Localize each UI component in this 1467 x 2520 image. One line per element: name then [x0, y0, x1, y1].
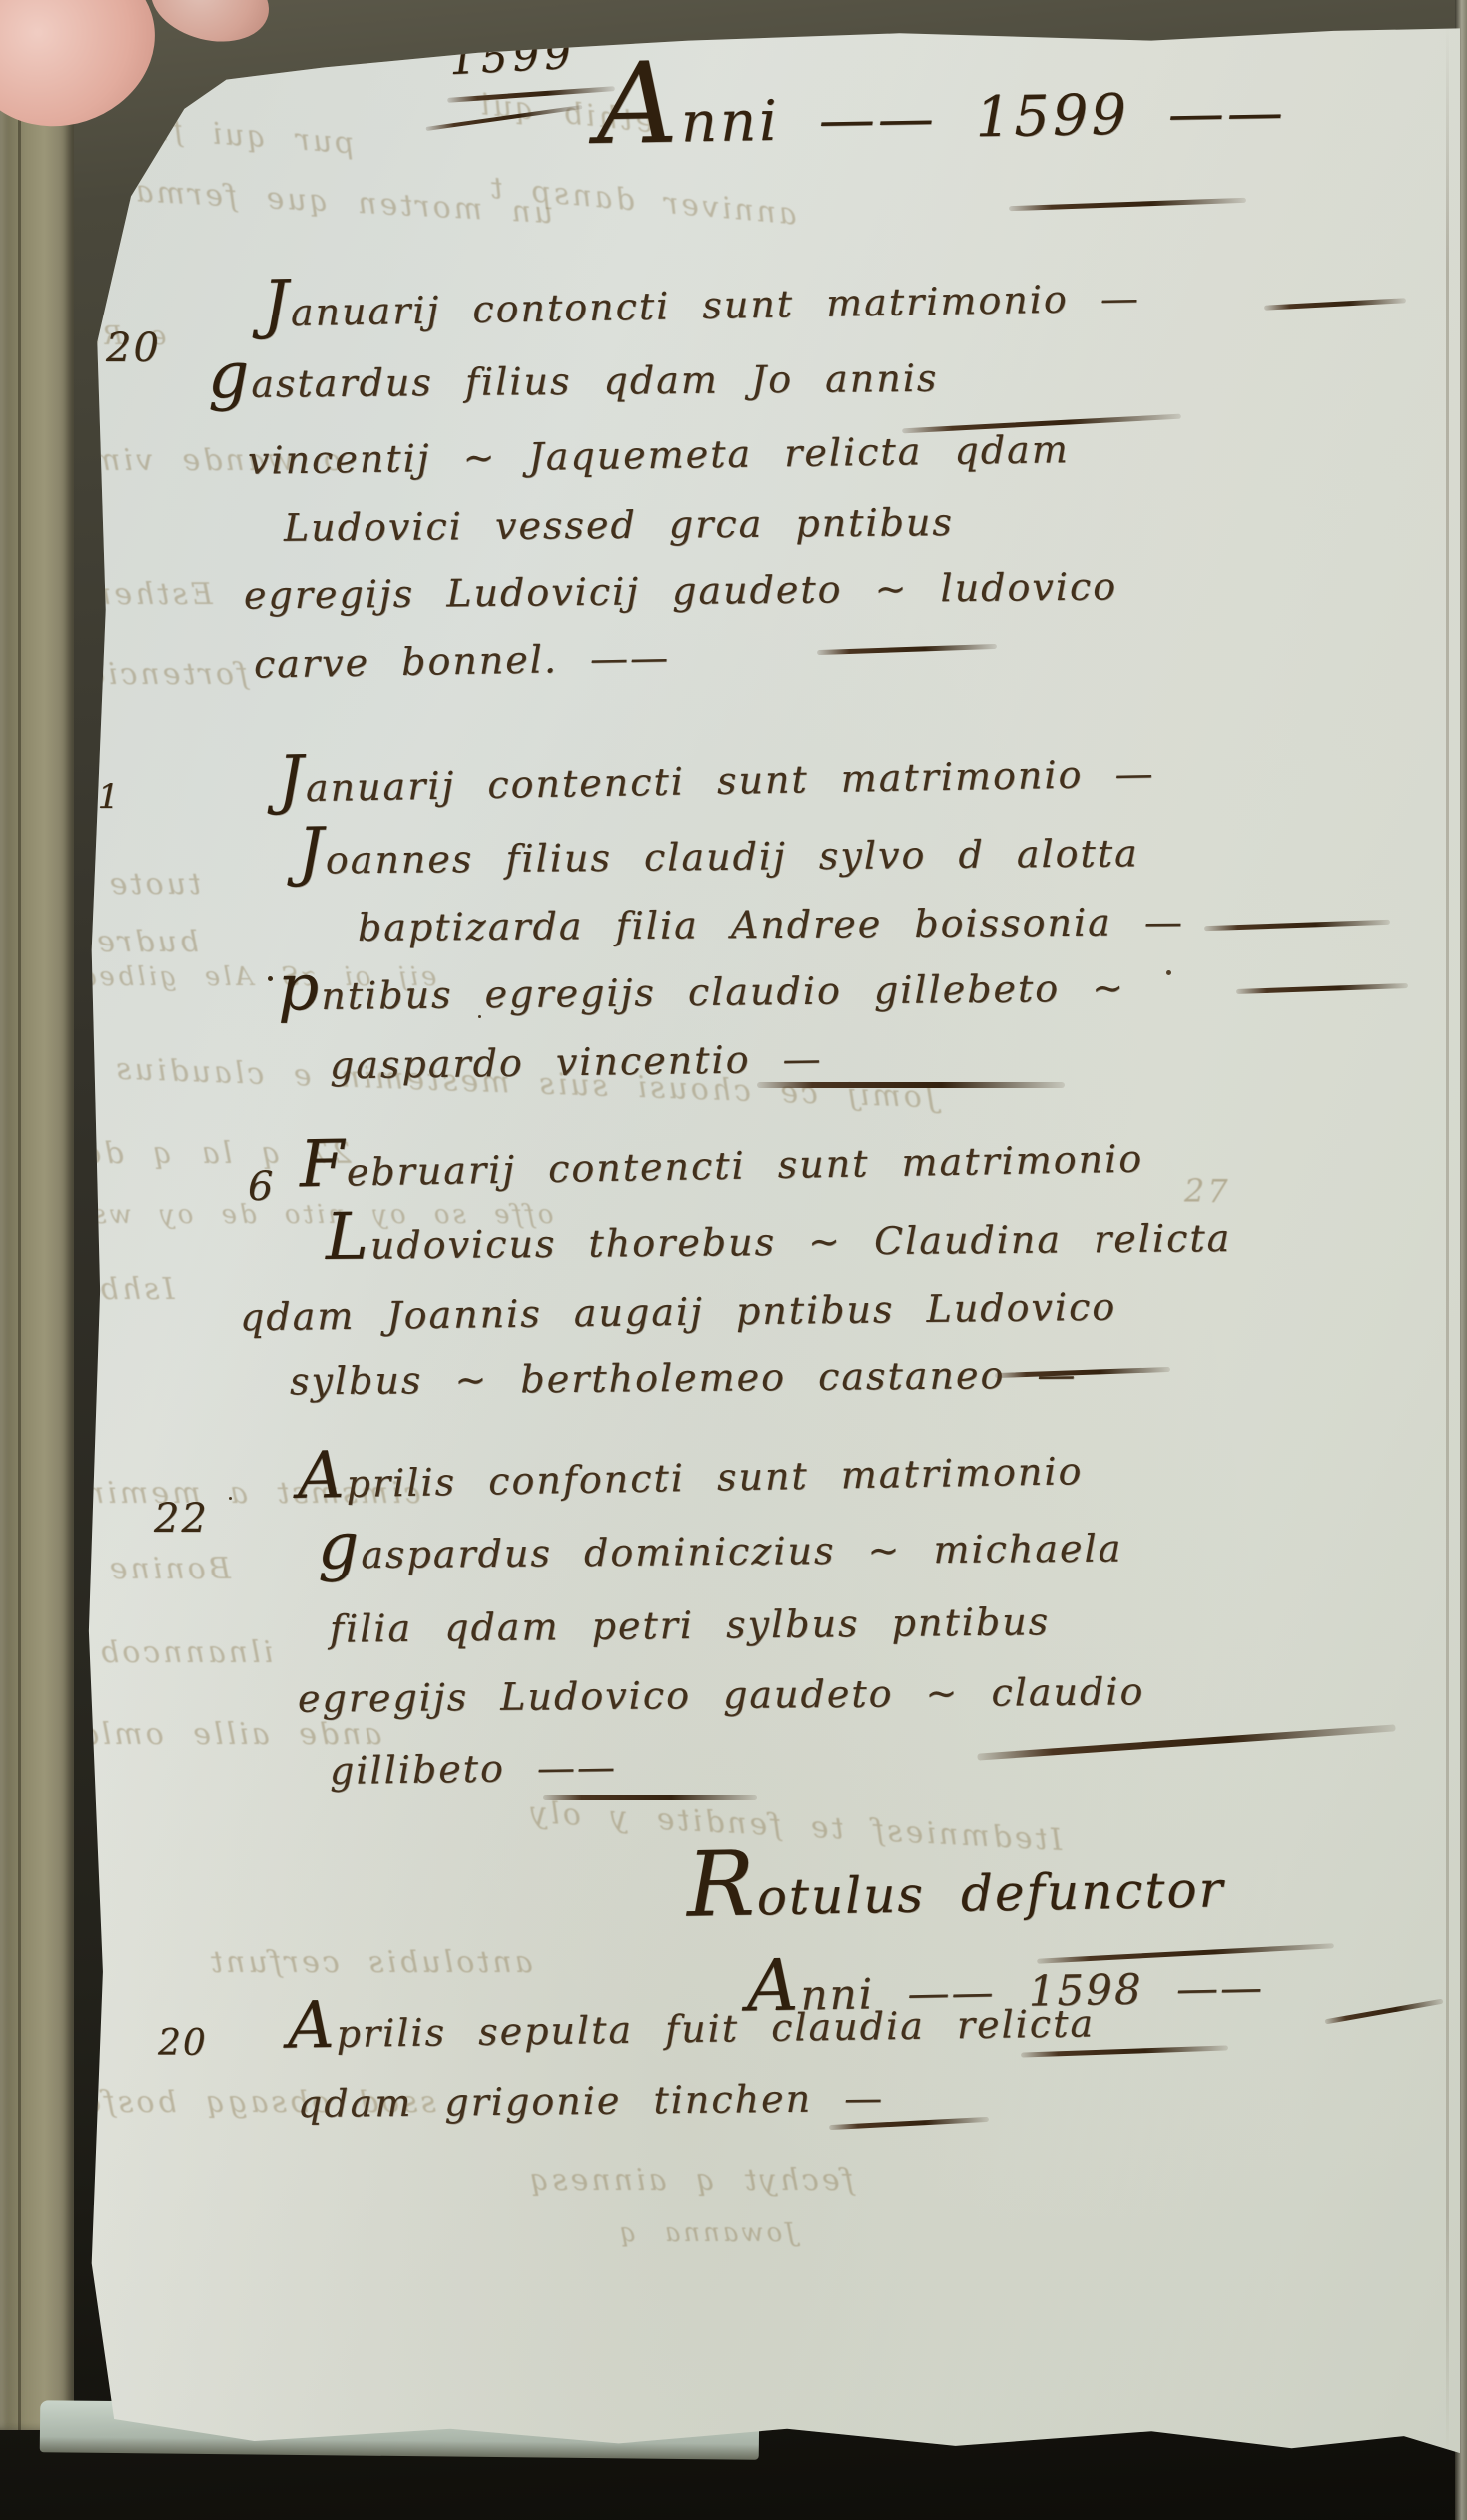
- entry-line: egregijs Ludovicij gaudeto ~ ludovico: [244, 564, 1118, 617]
- bleedthrough-line: pur qui fine: [112, 110, 356, 162]
- marriages-heading: Anni —— 1599 ——: [596, 80, 1286, 157]
- entry-day: 22: [154, 1496, 209, 1542]
- entry-line: Joannes filius claudij sylvo d alotta: [298, 831, 1139, 882]
- bleedthrough-line: Bonine d: [58, 1552, 231, 1586]
- ink-stroke: [757, 1082, 1065, 1088]
- register-page: pur qui fine un morten que fermand ethib…: [58, 26, 1460, 2458]
- ink-specks: [268, 976, 273, 981]
- ink-stroke: [1204, 920, 1390, 931]
- bleedthrough-line: Itedmniesf te fendite y oly: [526, 1795, 1063, 1858]
- entry-day: 6: [248, 1164, 275, 1210]
- entry-line: egregijs Ludovico gaudeto ~ claudio: [298, 1669, 1145, 1720]
- entry-line: Aprilis confoncti sunt matrimonio: [298, 1449, 1084, 1507]
- entry-line: vincentij ~ Jaquemeta relicta qdam: [248, 427, 1070, 482]
- bleedthrough-line: fechyt q ainnesq: [527, 2163, 854, 2198]
- entry-line: sylbus ~ bertholemeo castaneo —: [290, 1353, 1078, 1404]
- bleedthrough-line: ande aille omlds: [58, 1717, 381, 1752]
- entry-line: Februarij contencti sunt matrimonio: [300, 1137, 1144, 1196]
- book-left-edge: [0, 34, 74, 2430]
- ink-stroke: [1324, 1999, 1443, 2025]
- entry-line: filia qdam petri sylbus pntibus: [330, 1599, 1051, 1651]
- bleedthrough-line: antolubis cerfunt: [208, 1945, 533, 1980]
- bleedthrough-line: fortencio: [84, 657, 248, 692]
- ink-stroke: [1021, 2045, 1228, 2057]
- ink-stroke: [1264, 298, 1406, 310]
- entry-day: 20: [106, 325, 161, 371]
- entry-line: Aprilis sepulta fuit claudia relicta: [288, 2001, 1096, 2056]
- bleedthrough-line: ilnanncob i: [58, 1635, 273, 1670]
- manuscript-photo: pur qui fine un morten que fermand ethib…: [0, 0, 1467, 2520]
- entry-line: gaspardus dominiczius ~ michaela: [318, 1526, 1123, 1576]
- entry-line: carve bonnel. ——: [254, 635, 671, 686]
- bleedthrough-line: 27: [1184, 1172, 1231, 1210]
- entry-day: 21: [74, 777, 121, 817]
- finger-top-left-2: [142, 0, 277, 53]
- entry-line: Ludovici vessed grca pntibus: [284, 500, 954, 550]
- bleedthrough-line: Ishbw: [68, 1272, 174, 1307]
- bleedthrough-line: Esther: [94, 577, 213, 612]
- bleedthrough-line: tuote q: [58, 867, 201, 902]
- entry-line: gaspardo vincentio —: [330, 1037, 823, 1088]
- ink-stroke: [1236, 983, 1408, 994]
- burials-title: Rotulus defunctor: [687, 1860, 1225, 1927]
- bleedthrough-line: un morten que fermand: [87, 172, 554, 231]
- folio-year: 1599: [448, 29, 577, 85]
- ink-stroke: [977, 1724, 1395, 1760]
- ink-stroke: [1037, 1943, 1334, 1964]
- entry-line: gillibeto ——: [330, 1745, 618, 1793]
- ink-stroke: [1009, 198, 1246, 211]
- entry-line: qdam Joannis augaij pntibus Ludovico: [240, 1285, 1117, 1340]
- entry-line: Ludovicus thorebus ~ Claudina relicta: [326, 1216, 1232, 1268]
- page-fold-line: [1446, 26, 1449, 2458]
- entry-line: gastardus filius qdam Jo annis: [208, 356, 939, 406]
- ink-stroke: [543, 1795, 757, 1800]
- entry-line: Januarij contoncti sunt matrimonio —: [263, 276, 1141, 334]
- entry-day: 20: [158, 2023, 208, 2064]
- entry-line: Januarij contencti sunt matrimonio —: [278, 751, 1155, 810]
- entry-line: pntibus egregijs claudio gillebeto ~: [278, 966, 1126, 1019]
- ink-stroke: [455, 23, 607, 39]
- entry-line: qdam grigonie tinchen —: [298, 2076, 885, 2126]
- bleedthrough-line: budreq: [72, 925, 199, 959]
- entry-line: baptizarda filia Andree boissonia —: [358, 900, 1184, 949]
- bleedthrough-line: Jowanna q: [617, 2218, 796, 2248]
- ink-stroke: [817, 644, 997, 655]
